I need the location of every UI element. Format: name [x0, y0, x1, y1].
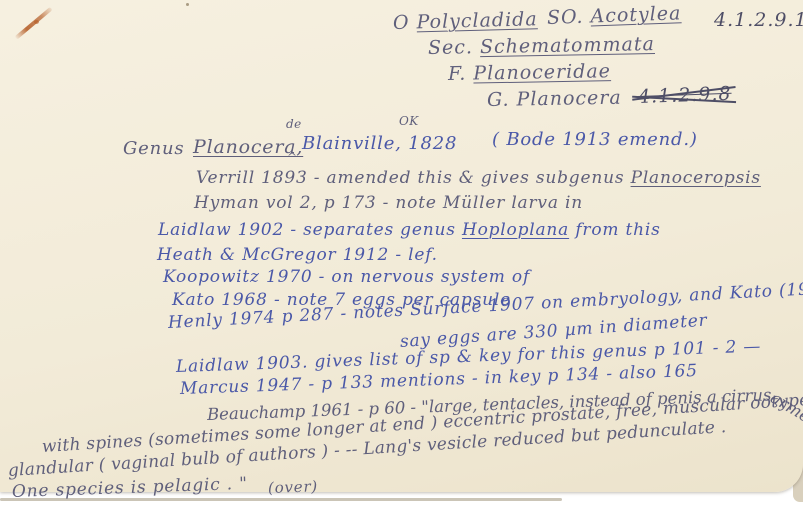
suborder-name: Acotylea: [590, 2, 682, 27]
family-prefix: F.: [448, 63, 474, 85]
order-name: Polycladida: [416, 8, 538, 33]
section-prefix: Sec.: [428, 36, 480, 59]
section-name: Schematommata: [480, 33, 655, 58]
rust-stain-dot: [34, 20, 39, 24]
suborder-prefix: SO.: [547, 5, 591, 29]
note-text: from this: [569, 220, 661, 240]
header-section-line: Sec. Schematommata: [428, 33, 655, 59]
note-text: Laidlaw 1902 - separates genus: [158, 220, 462, 240]
genus-label: Genus: [123, 138, 184, 159]
crossed-out-number: 4.1.2.9.8: [638, 83, 732, 108]
note-text: Verrill 1893 - amended this & gives subg…: [196, 168, 631, 188]
header-order-line: O Polycladida: [393, 8, 538, 34]
note-line-heath-mcgregor: Heath & McGregor 1912 - lef.: [157, 245, 438, 265]
note-line-laidlaw-1902: Laidlaw 1902 - separates genus Hoploplan…: [158, 220, 661, 240]
family-name: Planoceridae: [473, 60, 611, 84]
header-suborder-line: SO. Acotylea: [547, 2, 682, 29]
over-note: (over): [268, 477, 319, 497]
order-prefix: O: [393, 11, 417, 34]
emendation-text: ( Bode 1913 emend.): [492, 129, 698, 150]
authority-text: Blainville, 1828: [302, 133, 457, 154]
insert-de-annotation: de: [286, 117, 302, 131]
crossed-out-number-text: 4.1.2.9.8: [638, 83, 732, 108]
insert-caret: ^: [287, 150, 297, 164]
hoploplana-name: Hoploplana: [462, 220, 569, 240]
note-line-koopowitz: Koopowitz 1970 - on nervous system of: [163, 267, 530, 287]
note-line-hyman: Hyman vol 2, p 173 - note Müller larva i…: [194, 193, 583, 213]
subgenus-name: Planoceropsis: [631, 168, 761, 188]
ok-annotation: OK: [399, 114, 419, 128]
ink-speck: [186, 3, 189, 6]
note-line-verrill-1893: Verrill 1893 - amended this & gives subg…: [196, 168, 761, 188]
header-genus-line: G. Planocera: [487, 87, 622, 111]
header-family-line: F. Planoceridae: [448, 60, 611, 85]
catalog-number: 4.1.2.9.1: [714, 9, 803, 31]
index-card: O Polycladida SO. Acotylea 4.1.2.9.1 Sec…: [0, 0, 803, 492]
